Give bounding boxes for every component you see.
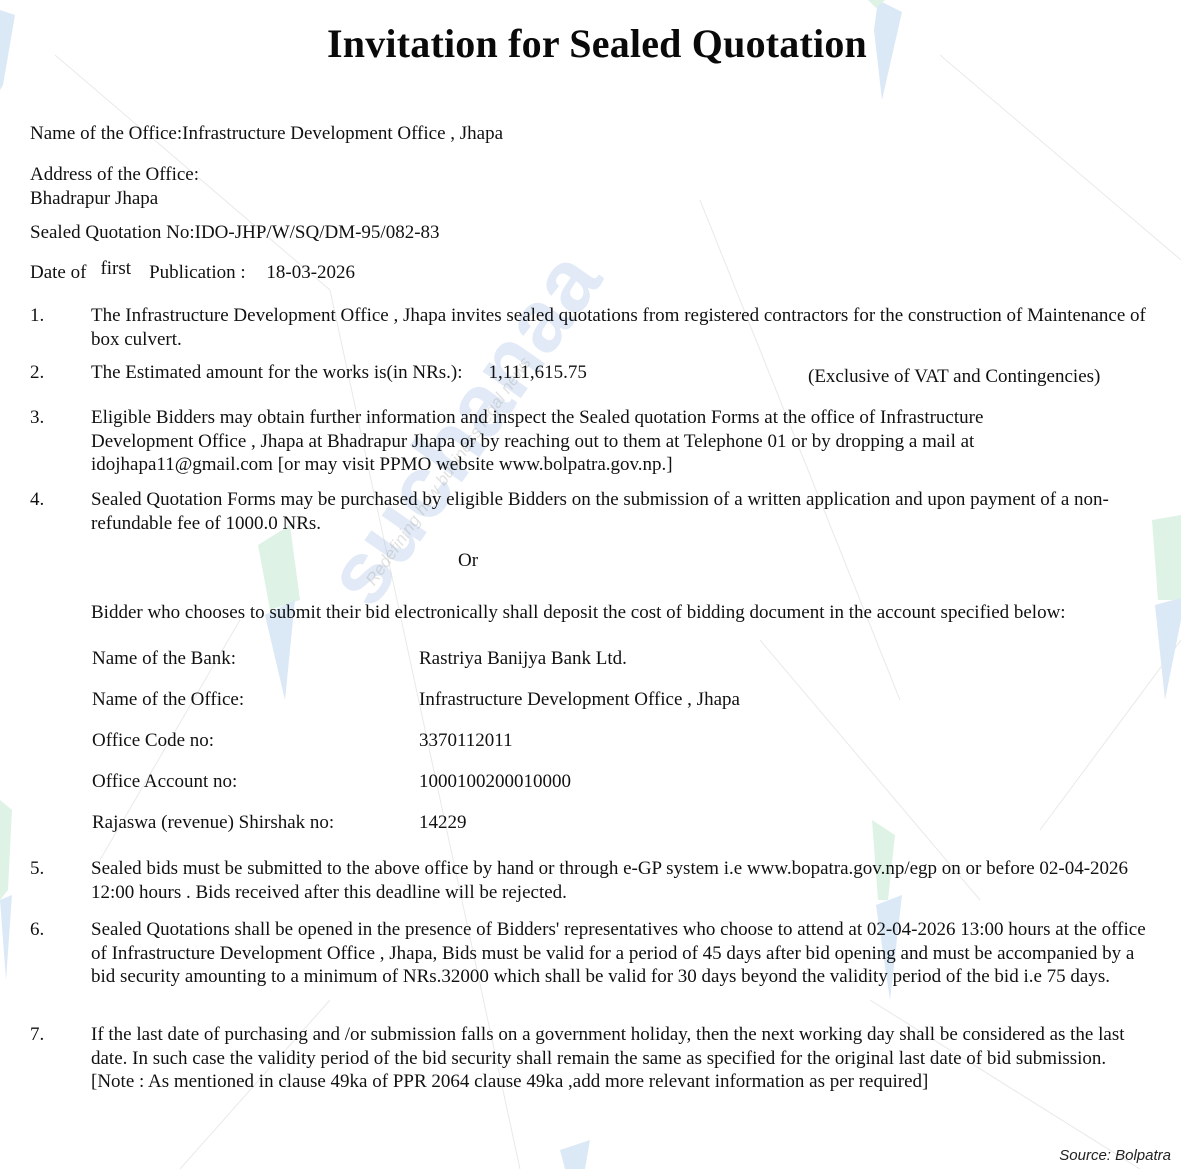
item-2-number: 2. (30, 361, 44, 385)
electronic-submission-text: Bidder who chooses to submit their bid e… (91, 601, 1161, 625)
item-4-number: 4. (30, 488, 44, 512)
item-5-text: Sealed bids must be submitted to the abo… (91, 857, 1151, 904)
item-2-text: The Estimated amount for the works is(in… (91, 362, 463, 383)
publication-date-of: Date of (30, 262, 86, 283)
publication-date-value: 18-03-2026 (266, 262, 355, 283)
notice-document: Invitation for Sealed Quotation Name of … (0, 0, 1181, 1169)
item-5-number: 5. (30, 857, 44, 881)
or-separator: Or (458, 550, 478, 572)
address-label: Address of the Office: (30, 163, 199, 186)
estimated-amount: 1,111,615.75 (489, 362, 587, 383)
item-3-number: 3. (30, 406, 44, 430)
address-value: Bhadrapur Jhapa (30, 187, 158, 210)
item-7-note: [Note : As mentioned in clause 49ka of P… (91, 1070, 1157, 1094)
account-no-value: 1000100200010000 (419, 771, 571, 793)
item-1-text: The Infrastructure Development Office , … (91, 304, 1161, 351)
revenue-shirshak-value: 14229 (419, 812, 467, 834)
item-3-text: Eligible Bidders may obtain further info… (91, 406, 1071, 477)
bank-office-value: Infrastructure Development Office , Jhap… (419, 689, 740, 711)
office-code-value: 3370112011 (419, 730, 513, 752)
item-1-number: 1. (30, 304, 44, 328)
item-7-block: If the last date of purchasing and /or s… (91, 1023, 1157, 1094)
page-title: Invitation for Sealed Quotation (0, 20, 1181, 67)
revenue-shirshak-label: Rajaswa (revenue) Shirshak no: (92, 812, 334, 834)
publication-label: Publication : (149, 262, 246, 283)
bank-name-value: Rastriya Banijya Bank Ltd. (419, 648, 627, 670)
publication-first: first (100, 258, 131, 279)
office-name-line: Name of the Office:Infrastructure Develo… (30, 122, 503, 145)
bank-office-label: Name of the Office: (92, 689, 244, 711)
bank-name-label: Name of the Bank: (92, 648, 236, 670)
office-code-label: Office Code no: (92, 730, 214, 752)
item-6-text: Sealed Quotations shall be opened in the… (91, 918, 1159, 989)
item-7-text: If the last date of purchasing and /or s… (91, 1023, 1157, 1070)
quotation-number: Sealed Quotation No:IDO-JHP/W/SQ/DM-95/0… (30, 221, 440, 244)
publication-date-line: Date offirstPublication : 18-03-2026 (30, 261, 355, 284)
source-credit: Source: Bolpatra (1059, 1147, 1171, 1164)
account-no-label: Office Account no: (92, 771, 237, 793)
item-7-number: 7. (30, 1023, 44, 1047)
vat-note: (Exclusive of VAT and Contingencies) (808, 365, 1100, 388)
item-4-text: Sealed Quotation Forms may be purchased … (91, 488, 1161, 535)
item-6-number: 6. (30, 918, 44, 942)
